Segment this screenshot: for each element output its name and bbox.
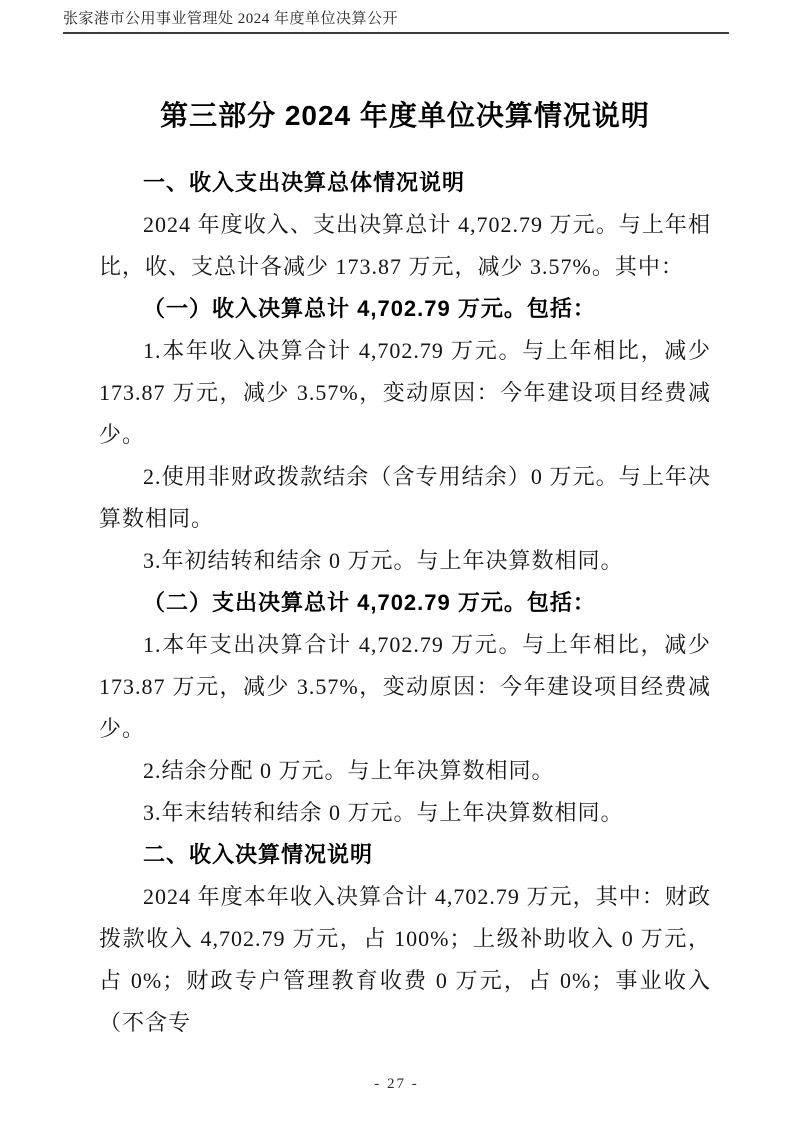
body-paragraph: 3.年末结转和结余 0 万元。与上年决算数相同。 bbox=[99, 792, 711, 834]
page-footer: - 27 - bbox=[0, 1075, 793, 1093]
body-paragraph: 2.使用非财政拨款结余（含专用结余）0 万元。与上年决算数相同。 bbox=[99, 456, 711, 540]
body-paragraph: 2024 年度收入、支出决算总计 4,702.79 万元。与上年相比，收、支总计… bbox=[99, 204, 711, 288]
subsection-heading-income-total: （一）收入决算总计 4,702.79 万元。包括： bbox=[99, 288, 711, 330]
body-paragraph: 2024 年度本年收入决算合计 4,702.79 万元，其中：财政拨款收入 4,… bbox=[99, 876, 711, 1044]
body-paragraph: 3.年初结转和结余 0 万元。与上年决算数相同。 bbox=[99, 540, 711, 582]
section-heading-income-expenditure-overview: 一、收入支出决算总体情况说明 bbox=[99, 162, 711, 204]
body-paragraph: 1.本年收入决算合计 4,702.79 万元。与上年相比，减少 173.87 万… bbox=[99, 330, 711, 456]
page-number: - 27 - bbox=[374, 1076, 419, 1092]
document-content: 第三部分 2024 年度单位决算情况说明 一、收入支出决算总体情况说明 2024… bbox=[99, 92, 711, 1044]
document-page: 张家港市公用事业管理处 2024 年度单位决算公开 第三部分 2024 年度单位… bbox=[0, 0, 793, 1122]
body-paragraph: 2.结余分配 0 万元。与上年决算数相同。 bbox=[99, 750, 711, 792]
document-title: 第三部分 2024 年度单位决算情况说明 bbox=[99, 92, 711, 140]
page-header: 张家港市公用事业管理处 2024 年度单位决算公开 bbox=[63, 10, 729, 34]
header-title: 张家港市公用事业管理处 2024 年度单位决算公开 bbox=[63, 11, 398, 27]
body-paragraph: 1.本年支出决算合计 4,702.79 万元。与上年相比，减少 173.87 万… bbox=[99, 624, 711, 750]
section-heading-income-details: 二、收入决算情况说明 bbox=[99, 834, 711, 876]
subsection-heading-expenditure-total: （二）支出决算总计 4,702.79 万元。包括： bbox=[99, 582, 711, 624]
